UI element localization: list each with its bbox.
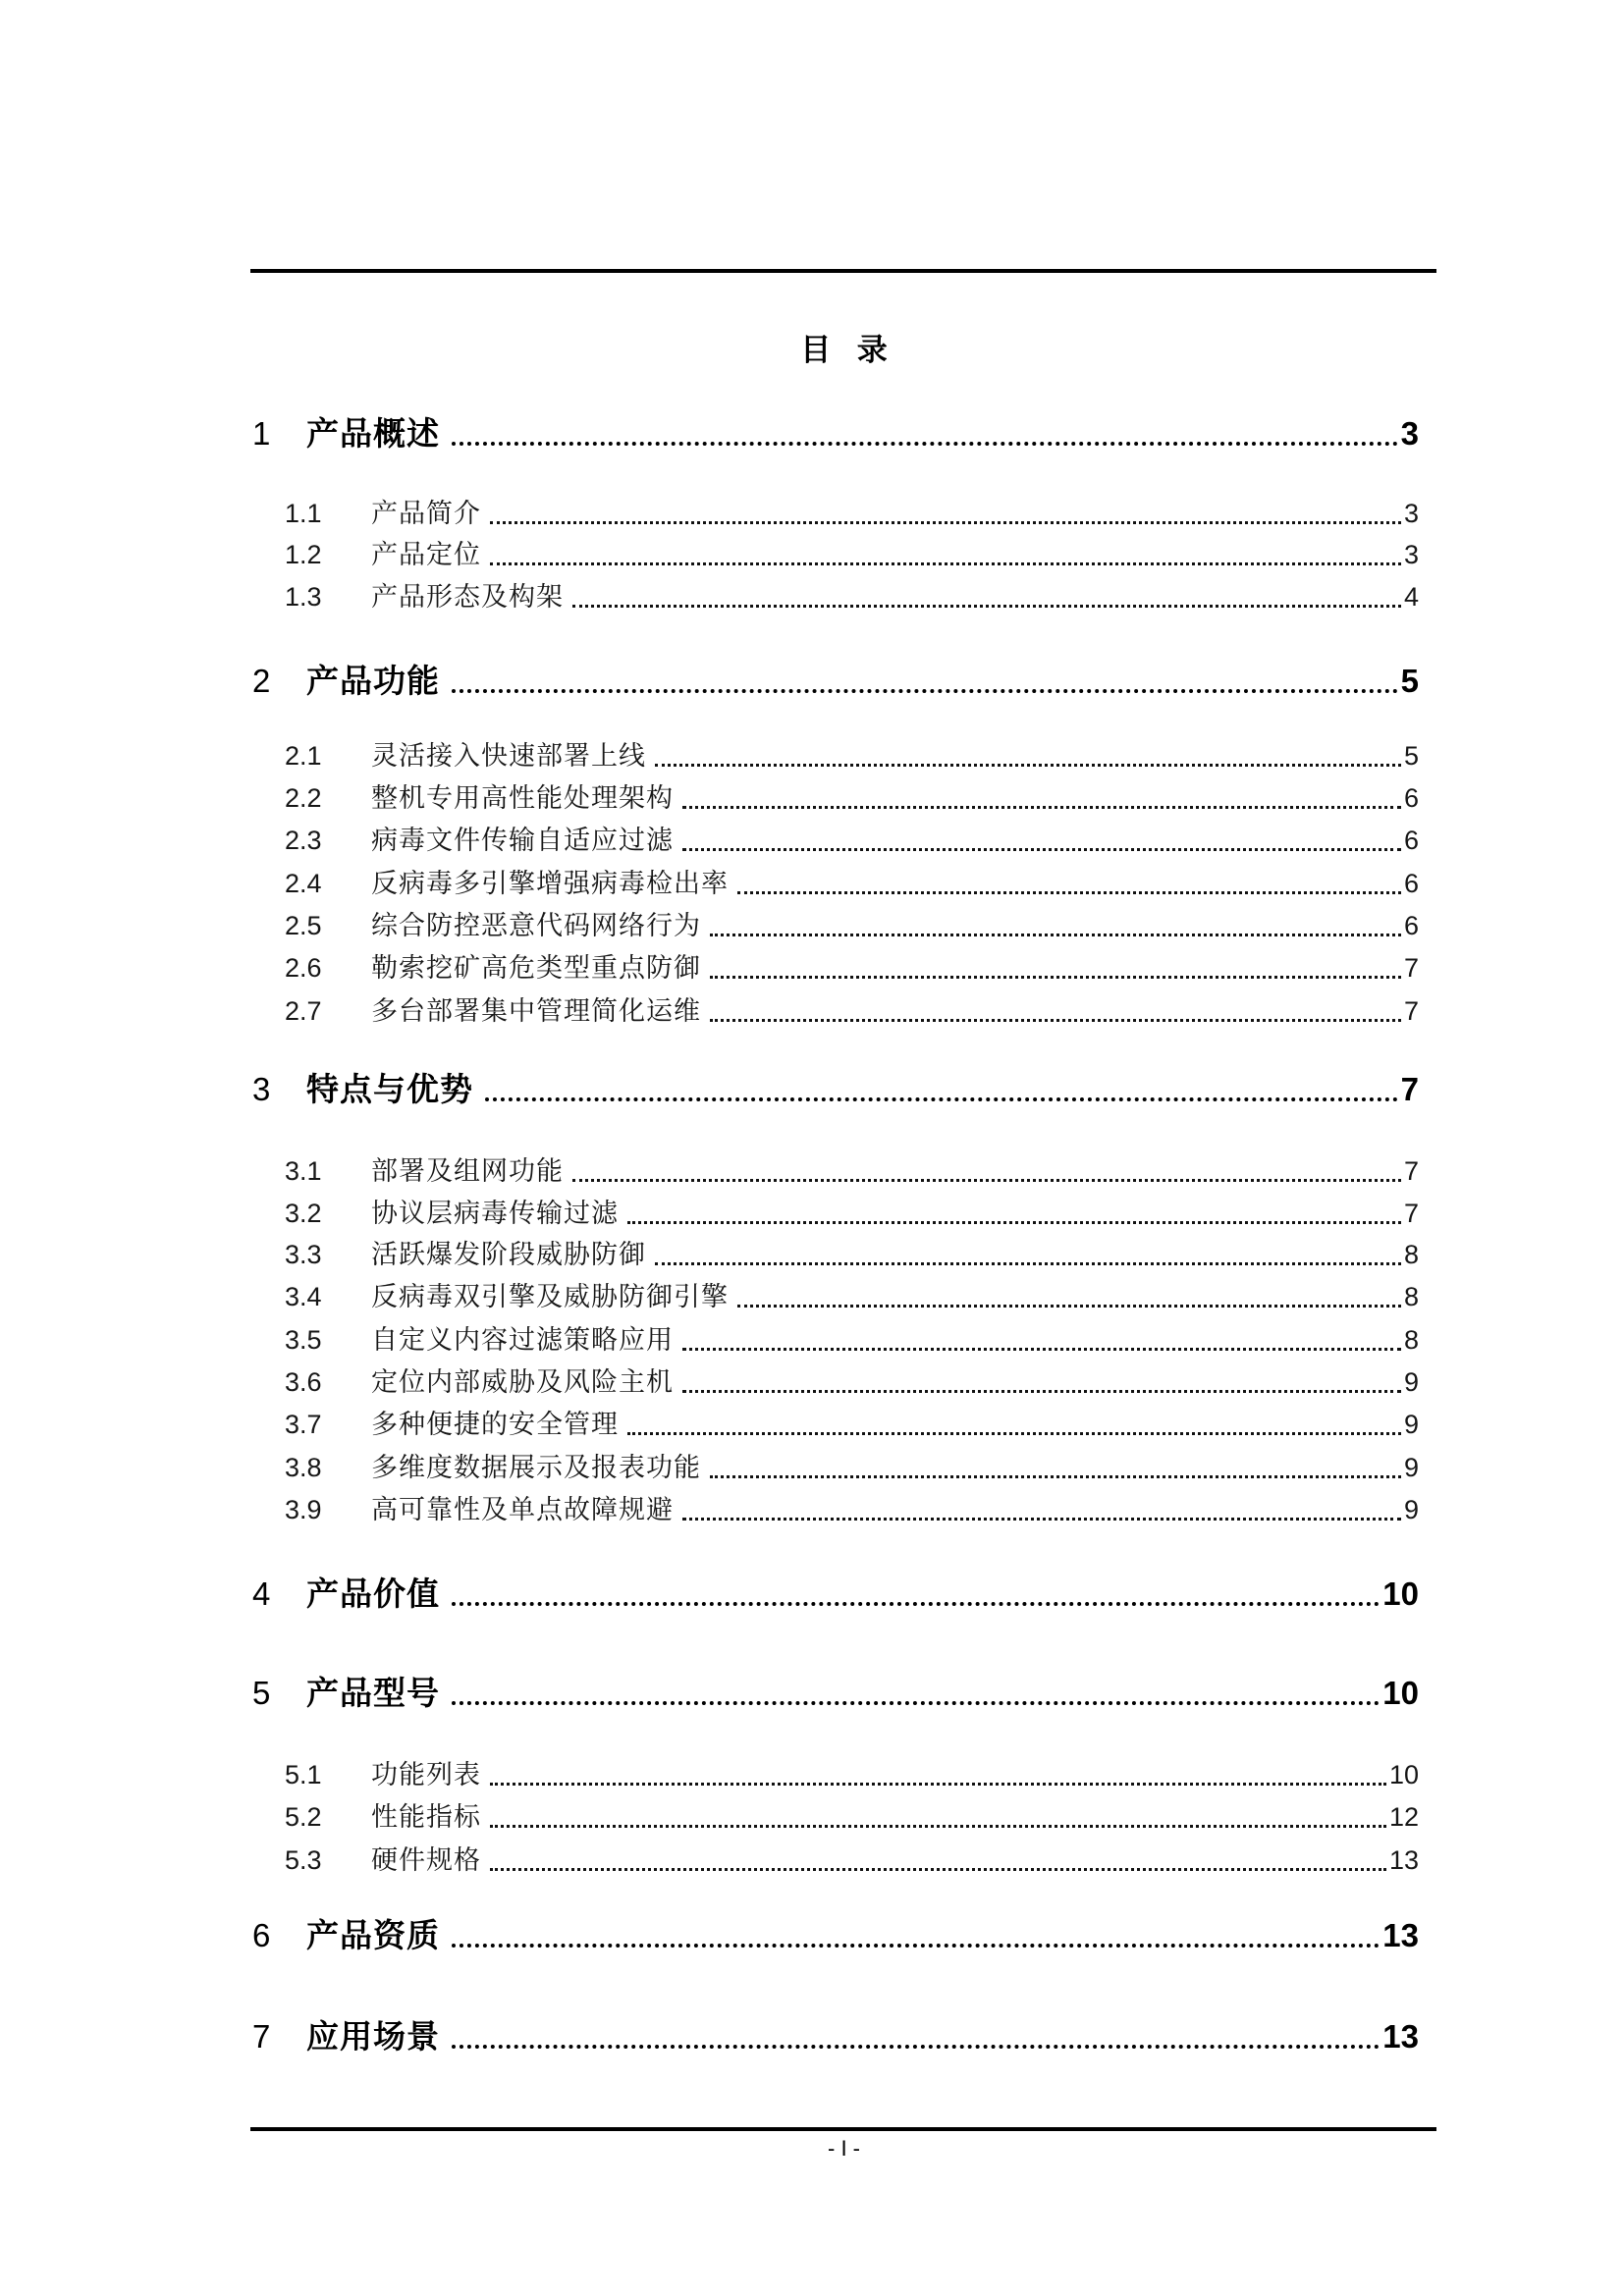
toc-entry-page: 7 bbox=[1404, 998, 1419, 1025]
toc-entry-title: 活跃爆发阶段威胁防御 bbox=[371, 1242, 646, 1268]
toc-leader-dots bbox=[452, 1944, 1380, 1948]
toc-entry-number: 3.5 bbox=[285, 1327, 371, 1354]
toc-leader-dots bbox=[682, 848, 1401, 851]
toc-entry-title: 病毒文件传输自适应过滤 bbox=[371, 828, 674, 854]
toc-leader-dots bbox=[655, 1262, 1401, 1265]
toc-leader-dots bbox=[490, 521, 1401, 524]
toc-leader-dots bbox=[452, 1602, 1380, 1606]
toc-entry-page: 13 bbox=[1389, 1847, 1419, 1874]
toc-entry-page: 9 bbox=[1404, 1455, 1419, 1481]
toc-entry-number: 7 bbox=[252, 2020, 306, 2053]
toc-leader-dots bbox=[572, 605, 1401, 608]
toc-entry-5-2[interactable]: 5.2 性能指标 12 bbox=[285, 1803, 1419, 1831]
toc-entry-title: 多维度数据展示及报表功能 bbox=[371, 1455, 701, 1481]
toc-leader-dots bbox=[710, 976, 1401, 979]
toc-entry-title: 高可靠性及单点故障规避 bbox=[371, 1497, 674, 1523]
toc-entry-page: 7 bbox=[1404, 955, 1419, 982]
toc-entry-number: 1 bbox=[252, 417, 306, 450]
toc-entry-title: 产品功能 bbox=[306, 665, 440, 697]
toc-entry-number: 3.3 bbox=[285, 1242, 371, 1268]
toc-entry-3-5[interactable]: 3.5 自定义内容过滤策略应用 8 bbox=[285, 1326, 1419, 1354]
toc-entry-number: 2.7 bbox=[285, 998, 371, 1025]
toc-leader-dots bbox=[737, 891, 1401, 894]
toc-entry-page: 7 bbox=[1401, 1073, 1419, 1105]
toc-entry-3-2[interactable]: 3.2 协议层病毒传输过滤 7 bbox=[285, 1200, 1419, 1227]
toc-entry-title: 产品定位 bbox=[371, 542, 481, 568]
footer-rule bbox=[250, 2127, 1436, 2131]
toc-entry-number: 3 bbox=[252, 1073, 306, 1105]
toc-entry-title: 产品概述 bbox=[306, 417, 440, 450]
toc-entry-page: 3 bbox=[1404, 501, 1419, 527]
toc-entry-number: 3.6 bbox=[285, 1369, 371, 1396]
toc-leader-dots bbox=[655, 764, 1401, 767]
toc-leader-dots bbox=[485, 1097, 1398, 1101]
toc-leader-dots bbox=[490, 562, 1401, 565]
toc-entry-number: 3.2 bbox=[285, 1201, 371, 1227]
toc-entry-3-8[interactable]: 3.8 多维度数据展示及报表功能 9 bbox=[285, 1454, 1419, 1481]
toc-entry-number: 5 bbox=[252, 1677, 306, 1709]
header-rule bbox=[250, 269, 1436, 273]
toc-entry-page: 7 bbox=[1404, 1201, 1419, 1227]
toc-entry-title: 多台部署集中管理简化运维 bbox=[371, 998, 701, 1025]
toc-entry-number: 2.6 bbox=[285, 955, 371, 982]
footer-page-number: - I - bbox=[251, 2138, 1436, 2160]
toc-entry-5[interactable]: 5 产品型号 10 bbox=[252, 1676, 1419, 1709]
toc-leader-dots bbox=[627, 1221, 1401, 1224]
toc-entry-3-4[interactable]: 3.4 反病毒双引擎及威胁防御引擎 8 bbox=[285, 1283, 1419, 1310]
toc-entry-page: 5 bbox=[1401, 665, 1419, 697]
toc-entry-3-7[interactable]: 3.7 多种便捷的安全管理 9 bbox=[285, 1411, 1419, 1438]
toc-entry-page: 6 bbox=[1404, 871, 1419, 897]
toc-leader-dots bbox=[490, 1783, 1386, 1786]
toc-entry-page: 10 bbox=[1382, 1577, 1419, 1610]
toc-entry-3-3[interactable]: 3.3 活跃爆发阶段威胁防御 8 bbox=[285, 1241, 1419, 1268]
toc-entry-1-3[interactable]: 1.3 产品形态及构架 4 bbox=[285, 583, 1419, 611]
toc-entry-title: 产品型号 bbox=[306, 1677, 440, 1709]
toc-entry-6[interactable]: 6 产品资质 13 bbox=[252, 1918, 1419, 1951]
toc-entry-7[interactable]: 7 应用场景 13 bbox=[252, 2019, 1419, 2053]
toc-entry-title: 定位内部威胁及风险主机 bbox=[371, 1369, 674, 1396]
toc-entry-number: 1.1 bbox=[285, 501, 371, 527]
toc-entry-title: 产品简介 bbox=[371, 501, 481, 527]
toc-entry-title: 产品形态及构架 bbox=[371, 584, 564, 611]
toc-entry-title: 特点与优势 bbox=[306, 1073, 473, 1105]
toc-entry-title: 反病毒多引擎增强病毒检出率 bbox=[371, 871, 729, 897]
toc-entry-5-1[interactable]: 5.1 功能列表 10 bbox=[285, 1761, 1419, 1789]
toc-entry-4[interactable]: 4 产品价值 10 bbox=[252, 1576, 1419, 1610]
toc-leader-dots bbox=[452, 1701, 1380, 1705]
toc-page: 目 录 1 产品概述 3 1.1 产品简介 3 1.2 产品定位 3 1.3 产… bbox=[0, 0, 1624, 2296]
toc-entry-2-4[interactable]: 2.4 反病毒多引擎增强病毒检出率 6 bbox=[285, 870, 1419, 897]
toc-entry-number: 2.1 bbox=[285, 743, 371, 770]
toc-entry-title: 反病毒双引擎及威胁防御引擎 bbox=[371, 1284, 729, 1310]
toc-leader-dots bbox=[682, 1348, 1401, 1351]
toc-entry-1[interactable]: 1 产品概述 3 bbox=[252, 416, 1419, 450]
toc-entry-page: 10 bbox=[1389, 1762, 1419, 1789]
toc-entry-page: 7 bbox=[1404, 1158, 1419, 1185]
toc-leader-dots bbox=[682, 806, 1401, 809]
toc-entry-number: 5.2 bbox=[285, 1804, 371, 1831]
toc-entry-title: 综合防控恶意代码网络行为 bbox=[371, 913, 701, 939]
toc-entry-2[interactable]: 2 产品功能 5 bbox=[252, 664, 1419, 697]
toc-entry-page: 8 bbox=[1404, 1284, 1419, 1310]
toc-entry-title: 部署及组网功能 bbox=[371, 1158, 564, 1185]
toc-entry-number: 3.7 bbox=[285, 1412, 371, 1438]
toc-entry-number: 6 bbox=[252, 1919, 306, 1951]
toc-entry-page: 4 bbox=[1404, 584, 1419, 611]
toc-entry-page: 9 bbox=[1404, 1497, 1419, 1523]
toc-entry-number: 2.2 bbox=[285, 785, 371, 812]
toc-entry-page: 6 bbox=[1404, 828, 1419, 854]
toc-leader-dots bbox=[572, 1179, 1401, 1182]
toc-entry-number: 5.1 bbox=[285, 1762, 371, 1789]
toc-entry-number: 2 bbox=[252, 665, 306, 697]
toc-entry-page: 10 bbox=[1382, 1677, 1419, 1709]
toc-entry-title: 灵活接入快速部署上线 bbox=[371, 743, 646, 770]
toc-entry-page: 13 bbox=[1382, 2020, 1419, 2053]
toc-entry-3-6[interactable]: 3.6 定位内部威胁及风险主机 9 bbox=[285, 1368, 1419, 1396]
toc-entry-page: 8 bbox=[1404, 1242, 1419, 1268]
toc-entry-page: 8 bbox=[1404, 1327, 1419, 1354]
toc-leader-dots bbox=[490, 1825, 1386, 1828]
toc-entry-2-7[interactable]: 2.7 多台部署集中管理简化运维 7 bbox=[285, 997, 1419, 1025]
toc-leader-dots bbox=[452, 689, 1398, 693]
toc-leader-dots bbox=[452, 2045, 1380, 2049]
toc-entry-page: 12 bbox=[1389, 1804, 1419, 1831]
toc-entry-3[interactable]: 3 特点与优势 7 bbox=[252, 1072, 1419, 1105]
toc-leader-dots bbox=[452, 442, 1398, 446]
toc-entry-number: 2.4 bbox=[285, 871, 371, 897]
toc-leader-dots bbox=[627, 1432, 1401, 1435]
toc-entry-number: 3.9 bbox=[285, 1497, 371, 1523]
toc-entry-2-6[interactable]: 2.6 勒索挖矿高危类型重点防御 7 bbox=[285, 954, 1419, 982]
toc-entry-page: 9 bbox=[1404, 1412, 1419, 1438]
toc-entry-page: 13 bbox=[1382, 1919, 1419, 1951]
toc-leader-dots bbox=[490, 1868, 1386, 1871]
toc-entry-number: 1.2 bbox=[285, 542, 371, 568]
toc-entry-number: 5.3 bbox=[285, 1847, 371, 1874]
toc-entry-page: 3 bbox=[1401, 417, 1419, 450]
toc-leader-dots bbox=[710, 1475, 1401, 1478]
toc-entry-page: 3 bbox=[1404, 542, 1419, 568]
toc-entry-title: 产品资质 bbox=[306, 1919, 440, 1951]
toc-entry-number: 3.4 bbox=[285, 1284, 371, 1310]
toc-entry-page: 5 bbox=[1404, 743, 1419, 770]
toc-entry-title: 自定义内容过滤策略应用 bbox=[371, 1327, 674, 1354]
toc-leader-dots bbox=[682, 1518, 1401, 1521]
toc-entry-number: 3.8 bbox=[285, 1455, 371, 1481]
toc-entry-number: 2.3 bbox=[285, 828, 371, 854]
toc-entry-title: 功能列表 bbox=[371, 1762, 481, 1789]
toc-entry-page: 6 bbox=[1404, 785, 1419, 812]
toc-entry-title: 应用场景 bbox=[306, 2020, 440, 2053]
toc-entry-1-2[interactable]: 1.2 产品定位 3 bbox=[285, 541, 1419, 568]
toc-entry-page: 9 bbox=[1404, 1369, 1419, 1396]
toc-entry-page: 6 bbox=[1404, 913, 1419, 939]
toc-leader-dots bbox=[737, 1305, 1401, 1308]
toc-entry-title: 硬件规格 bbox=[371, 1847, 481, 1874]
toc-entry-2-1[interactable]: 2.1 灵活接入快速部署上线 5 bbox=[285, 742, 1419, 770]
toc-entry-title: 勒索挖矿高危类型重点防御 bbox=[371, 955, 701, 982]
toc-entry-number: 3.1 bbox=[285, 1158, 371, 1185]
toc-entry-number: 2.5 bbox=[285, 913, 371, 939]
toc-entry-title: 产品价值 bbox=[306, 1577, 440, 1610]
toc-entry-3-1[interactable]: 3.1 部署及组网功能 7 bbox=[285, 1157, 1419, 1185]
toc-entry-5-3[interactable]: 5.3 硬件规格 13 bbox=[285, 1846, 1419, 1874]
toc-entry-2-3[interactable]: 2.3 病毒文件传输自适应过滤 6 bbox=[285, 827, 1419, 854]
toc-entry-title: 性能指标 bbox=[371, 1804, 481, 1831]
toc-leader-dots bbox=[682, 1390, 1401, 1393]
toc-entry-number: 1.3 bbox=[285, 584, 371, 611]
toc-entry-3-9[interactable]: 3.9 高可靠性及单点故障规避 9 bbox=[285, 1496, 1419, 1523]
toc-entry-title: 协议层病毒传输过滤 bbox=[371, 1201, 619, 1227]
toc-entry-title: 多种便捷的安全管理 bbox=[371, 1412, 619, 1438]
page-title: 目 录 bbox=[251, 335, 1436, 365]
toc-entry-2-2[interactable]: 2.2 整机专用高性能处理架构 6 bbox=[285, 784, 1419, 812]
toc-leader-dots bbox=[710, 1019, 1401, 1022]
toc-entry-number: 4 bbox=[252, 1577, 306, 1610]
toc-leader-dots bbox=[710, 934, 1401, 936]
toc-entry-2-5[interactable]: 2.5 综合防控恶意代码网络行为 6 bbox=[285, 912, 1419, 939]
toc-entry-1-1[interactable]: 1.1 产品简介 3 bbox=[285, 500, 1419, 527]
toc-entry-title: 整机专用高性能处理架构 bbox=[371, 785, 674, 812]
